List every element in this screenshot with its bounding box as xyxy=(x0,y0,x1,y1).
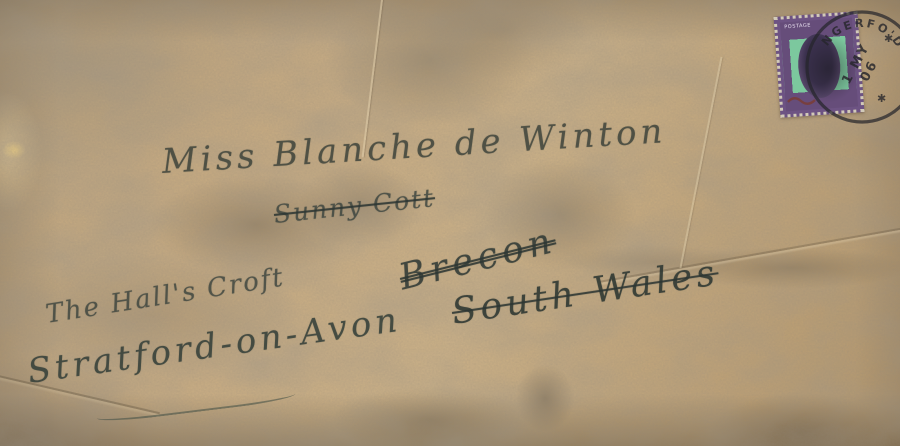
stamp-inscription: POSTAGE xyxy=(784,23,811,30)
queen-portrait xyxy=(796,33,842,100)
envelope-photo: Miss Blanche de Winton Sunny Cott Brecon… xyxy=(0,0,900,446)
postage-stamp: POSTAGE xyxy=(774,11,865,118)
stamp-design: POSTAGE xyxy=(780,18,858,112)
paper-texture xyxy=(0,0,900,446)
